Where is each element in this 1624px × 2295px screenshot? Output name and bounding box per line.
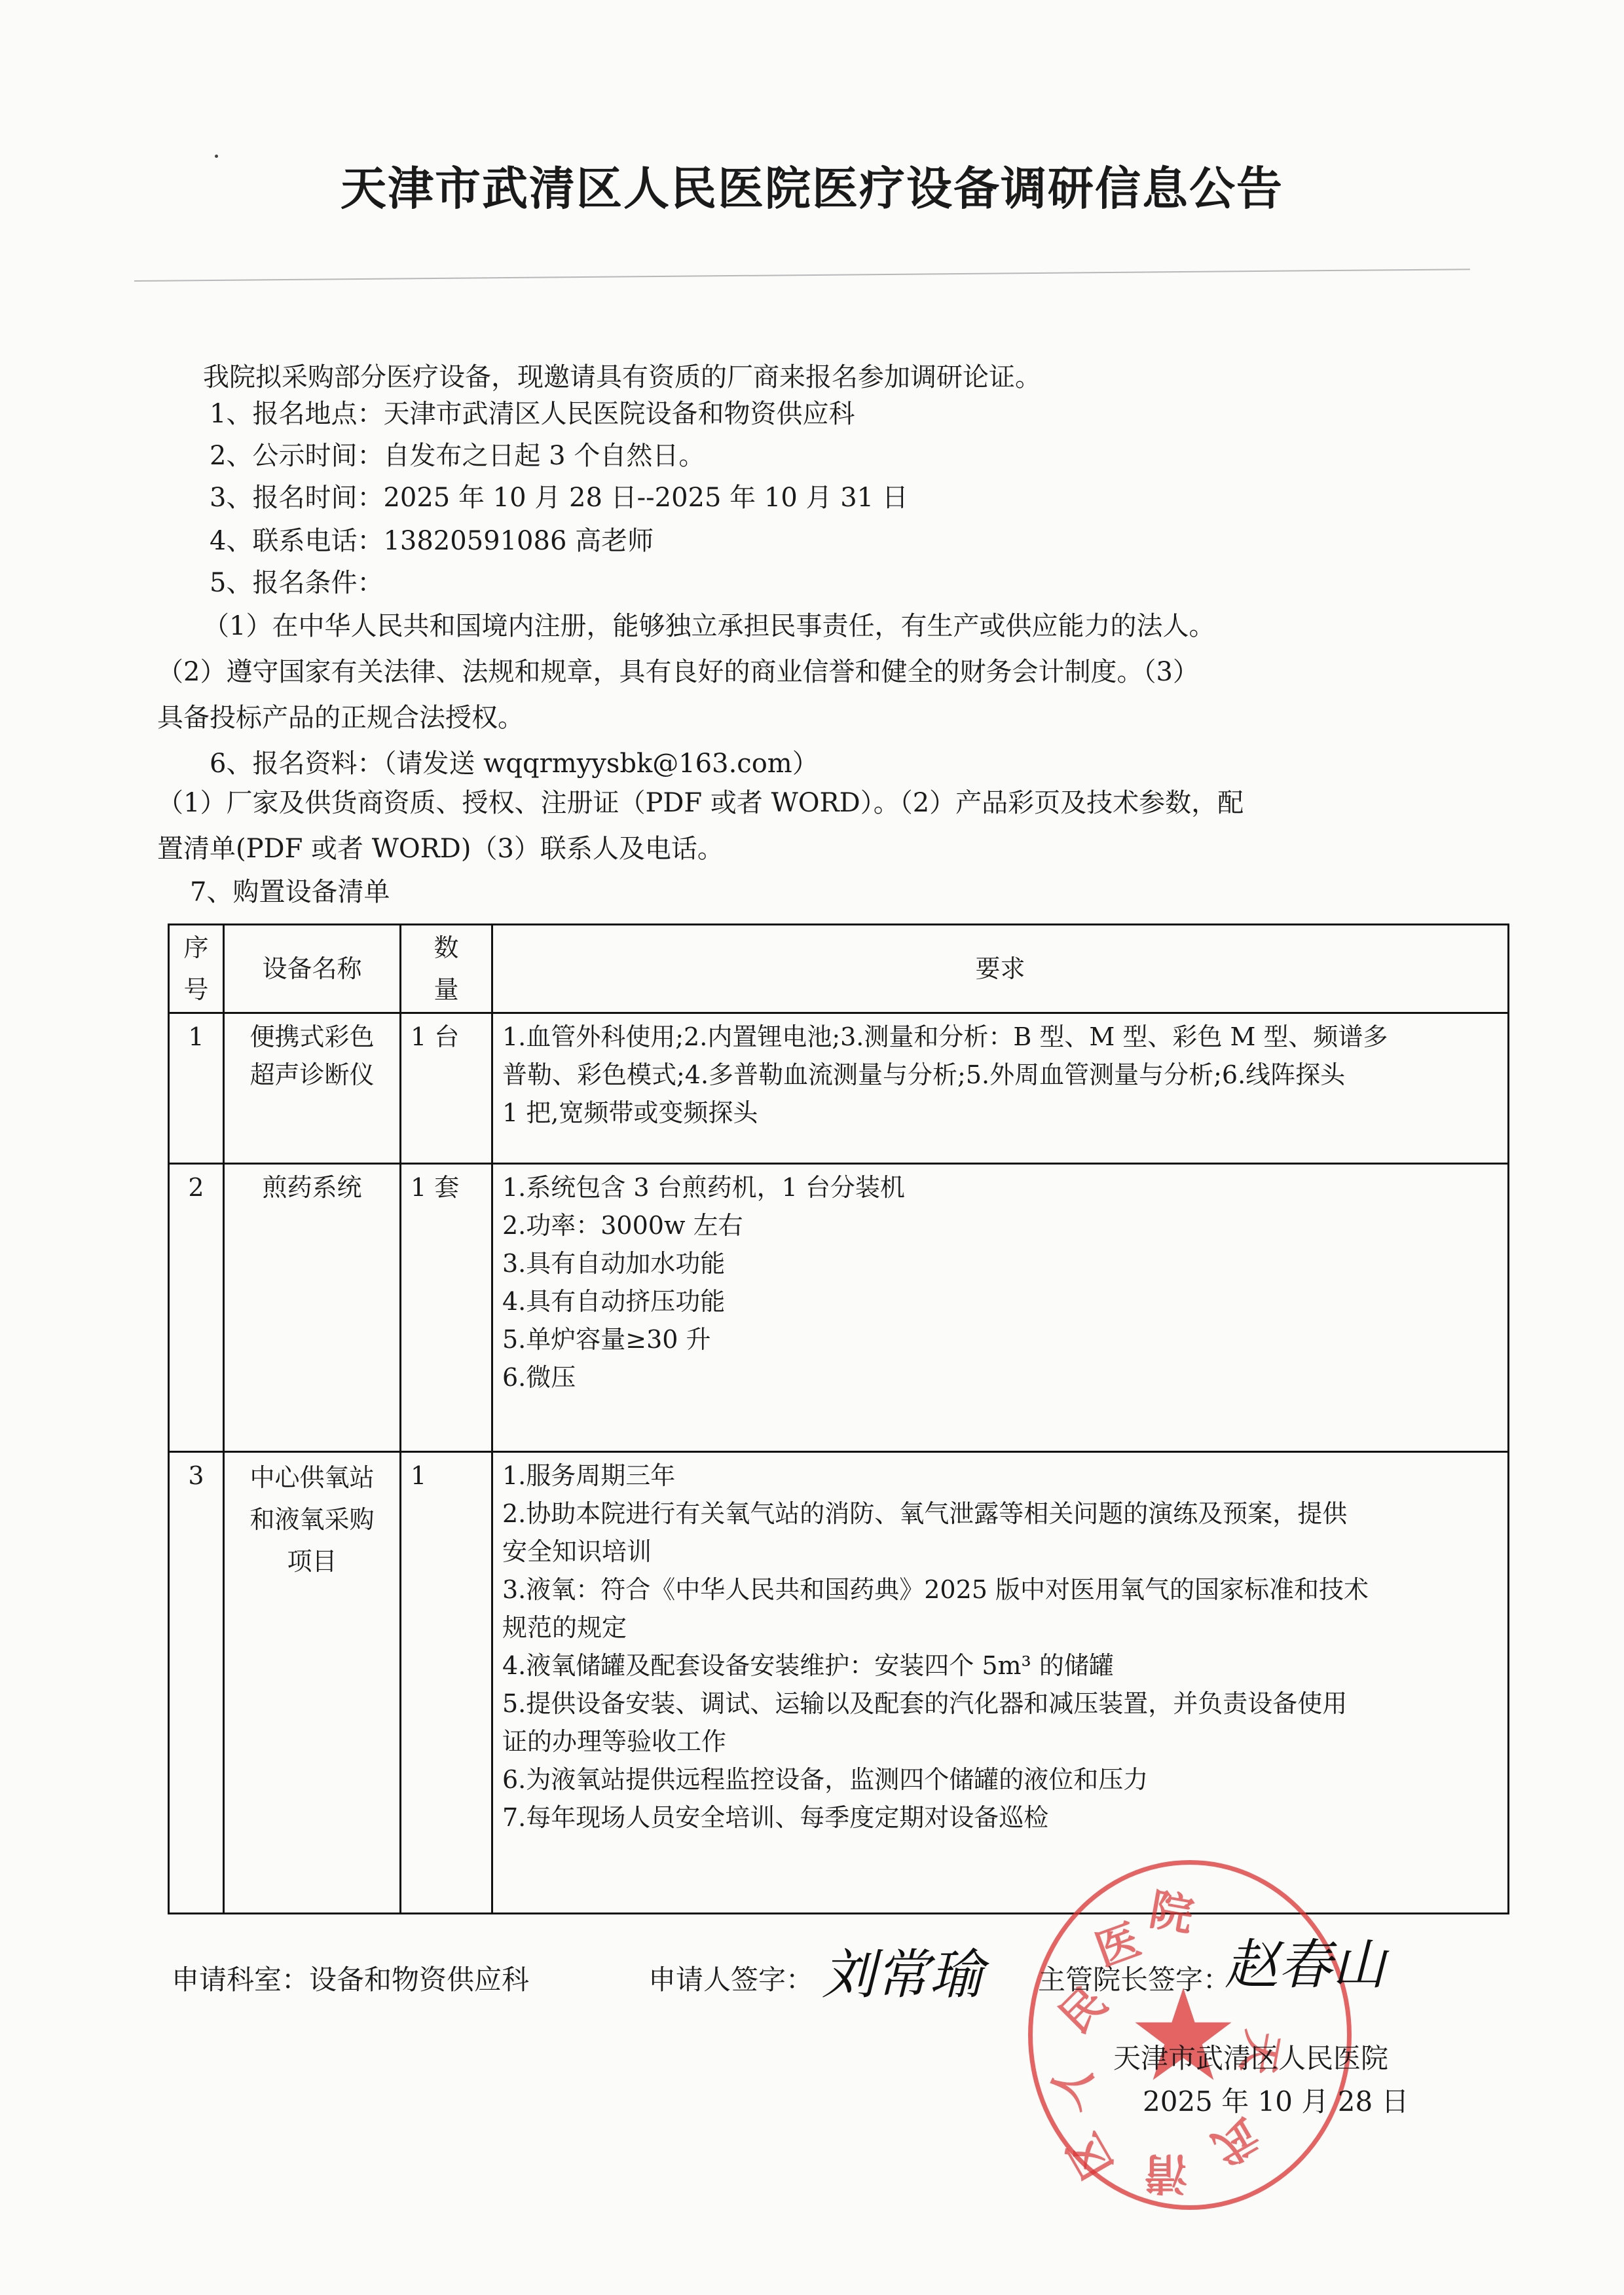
requirement-line: 5.提供设备安装、调试、运输以及配套的汽化器和减压装置，并负责设备使用 <box>502 1685 1498 1723</box>
conditions-line-2: （2）遵守国家有关法律、法规和规章，具有良好的商业信誉和健全的财务会计制度。（3… <box>157 659 1199 685</box>
requirement-line: 普勒、彩色模式;4.多普勒血流测量与分析;5.外周血管测量与分析;6.线阵探头 <box>502 1056 1498 1094</box>
table-row: 2 煎药系统 1 套 1.系统包含 3 台煎药机，1 台分装机 2.功率：300… <box>169 1164 1509 1452</box>
row-requirements: 1.血管外科使用;2.内置锂电池;3.测量和分析：B 型、M 型、彩色 M 型、… <box>492 1013 1509 1164</box>
row-name-line: 便携式彩色 <box>234 1018 390 1056</box>
row-name: 煎药系统 <box>224 1164 401 1452</box>
seal-char: 区 <box>1049 2123 1124 2192</box>
table-row: 1 便携式彩色 超声诊断仪 1 台 1.血管外科使用;2.内置锂电池;3.测量和… <box>169 1013 1509 1164</box>
intro-text: 我院拟采购部分医疗设备，现邀请具有资质的厂商来报名参加调研论证。 <box>203 364 1041 390</box>
requirement-line: 证的办理等验收工作 <box>502 1723 1498 1761</box>
materials-line-1: （1）厂家及供货商资质、授权、注册证（PDF 或者 WORD）。（2）产品彩页及… <box>157 790 1244 816</box>
applicant-signature: 刘常瑜 <box>822 1932 983 2009</box>
header-qty: 数 量 <box>401 925 492 1013</box>
equipment-table: 序 号 设备名称 数 量 要求 1 便携式彩色 超声诊断仪 1 台 1.血管外科… <box>168 924 1509 1914</box>
seal-char: 人 <box>1031 2055 1104 2117</box>
page-title: 天津市武清区人民医院医疗设备调研信息公告 <box>0 152 1624 218</box>
requirement-line: 4.液氧储罐及配套设备安装维护：安装四个 5m³ 的储罐 <box>502 1647 1498 1685</box>
row-seq: 2 <box>169 1164 224 1452</box>
requirement-line: 6.微压 <box>502 1358 1498 1396</box>
row-name-line: 煎药系统 <box>234 1168 390 1206</box>
requirement-line: 安全知识培训 <box>502 1533 1498 1571</box>
requirement-line: 3.液氧：符合《中华人民共和国药典》2025 版中对医用氧气的国家标准和技术 <box>502 1571 1498 1609</box>
issue-date: 2025 年 10 月 28 日 <box>1143 2080 1409 2119</box>
requirement-line: 5.单炉容量≥30 升 <box>502 1320 1498 1358</box>
row-requirements: 1.系统包含 3 台煎药机，1 台分装机 2.功率：3000w 左右 3.具有自… <box>492 1164 1509 1452</box>
row-qty: 1 套 <box>401 1164 492 1452</box>
requirement-line: 规范的规定 <box>502 1609 1498 1647</box>
official-seal: 院 医 民 人 区 清 武 天 <box>1028 1860 1352 2210</box>
row-requirements: 1.服务周期三年 2.协助本院进行有关氧气站的消防、氧气泄露等相关问题的演练及预… <box>492 1452 1509 1914</box>
contact-phone: 4、联系电话：13820591086 高老师 <box>210 528 654 554</box>
header-seq: 序 号 <box>169 925 224 1013</box>
header-qty-line-2: 量 <box>434 975 458 1004</box>
row-seq: 1 <box>169 1013 224 1164</box>
issuer-name: 天津市武清区人民医院 <box>1113 2037 1388 2076</box>
header-qty-line-1: 数 <box>434 933 458 962</box>
notice-period: 2、公示时间：自发布之日起 3 个自然日。 <box>210 443 705 469</box>
conditions-line-1: （1）在中华人民共和国境内注册，能够独立承担民事责任，有生产或供应能力的法人。 <box>203 613 1215 639</box>
requirement-line: 1.服务周期三年 <box>502 1457 1498 1495</box>
table-header-row: 序 号 设备名称 数 量 要求 <box>169 925 1509 1013</box>
registration-location: 1、报名地点：天津市武清区人民医院设备和物资供应科 <box>210 401 855 427</box>
row-name: 中心供氧站 和液氧采购 项目 <box>224 1452 401 1914</box>
applicant-signature-label: 申请人签字： <box>648 1958 813 1998</box>
header-seq-line-1: 序 <box>183 933 208 962</box>
row-name-line: 项目 <box>234 1540 390 1582</box>
row-name-line: 超声诊断仪 <box>234 1056 390 1094</box>
table-row: 3 中心供氧站 和液氧采购 项目 1 1.服务周期三年 2.协助本院进行有关氧气… <box>169 1452 1509 1914</box>
requirement-line: 6.为液氧站提供远程监控设备，监测四个储罐的液位和压力 <box>502 1761 1498 1799</box>
conditions-heading: 5、报名条件： <box>210 570 383 596</box>
equipment-list-heading: 7、购置设备清单 <box>190 879 390 905</box>
requirement-line: 7.每年现场人员安全培训、每季度定期对设备巡检 <box>502 1799 1498 1837</box>
row-seq: 3 <box>169 1452 224 1914</box>
requirement-line: 2.功率：3000w 左右 <box>502 1206 1498 1244</box>
requirement-line: 1 把,宽频带或变频探头 <box>502 1094 1498 1132</box>
seal-char: 院 <box>1145 1875 1198 1943</box>
requirement-line: 4.具有自动挤压功能 <box>502 1282 1498 1320</box>
header-seq-line-2: 号 <box>183 975 208 1004</box>
row-name-line: 中心供氧站 <box>234 1457 390 1499</box>
requirement-line: 1.系统包含 3 台煎药机，1 台分装机 <box>502 1168 1498 1206</box>
conditions-line-3: 具备投标产品的正规合法授权。 <box>157 705 524 731</box>
materials-line-2: 置清单(PDF 或者 WORD)（3）联系人及电话。 <box>157 836 724 862</box>
header-name: 设备名称 <box>224 925 401 1013</box>
director-signature: 赵春山 <box>1225 1922 1386 1999</box>
materials-heading: 6、报名资料：（请发送 wqqrmyysbk@163.com） <box>210 751 819 777</box>
director-signature-label: 主管院长签字： <box>1038 1958 1230 1998</box>
title-divider <box>134 269 1470 282</box>
row-name: 便携式彩色 超声诊断仪 <box>224 1013 401 1164</box>
requirement-line: 2.协助本院进行有关氧气站的消防、氧气泄露等相关问题的演练及预案，提供 <box>502 1495 1498 1533</box>
row-qty: 1 <box>401 1452 492 1914</box>
header-requirements: 要求 <box>492 925 1509 1013</box>
requirement-line: 3.具有自动加水功能 <box>502 1244 1498 1282</box>
requirement-line: 1.血管外科使用;2.内置锂电池;3.测量和分析：B 型、M 型、彩色 M 型、… <box>502 1018 1498 1056</box>
registration-time: 3、报名时间：2025 年 10 月 28 日--2025 年 10 月 31 … <box>210 485 908 511</box>
department-label: 申请科室：设备和物资供应科 <box>172 1958 529 1998</box>
seal-char: 清 <box>1144 2146 1187 2209</box>
row-qty: 1 台 <box>401 1013 492 1164</box>
row-name-line: 和液氧采购 <box>234 1499 390 1540</box>
